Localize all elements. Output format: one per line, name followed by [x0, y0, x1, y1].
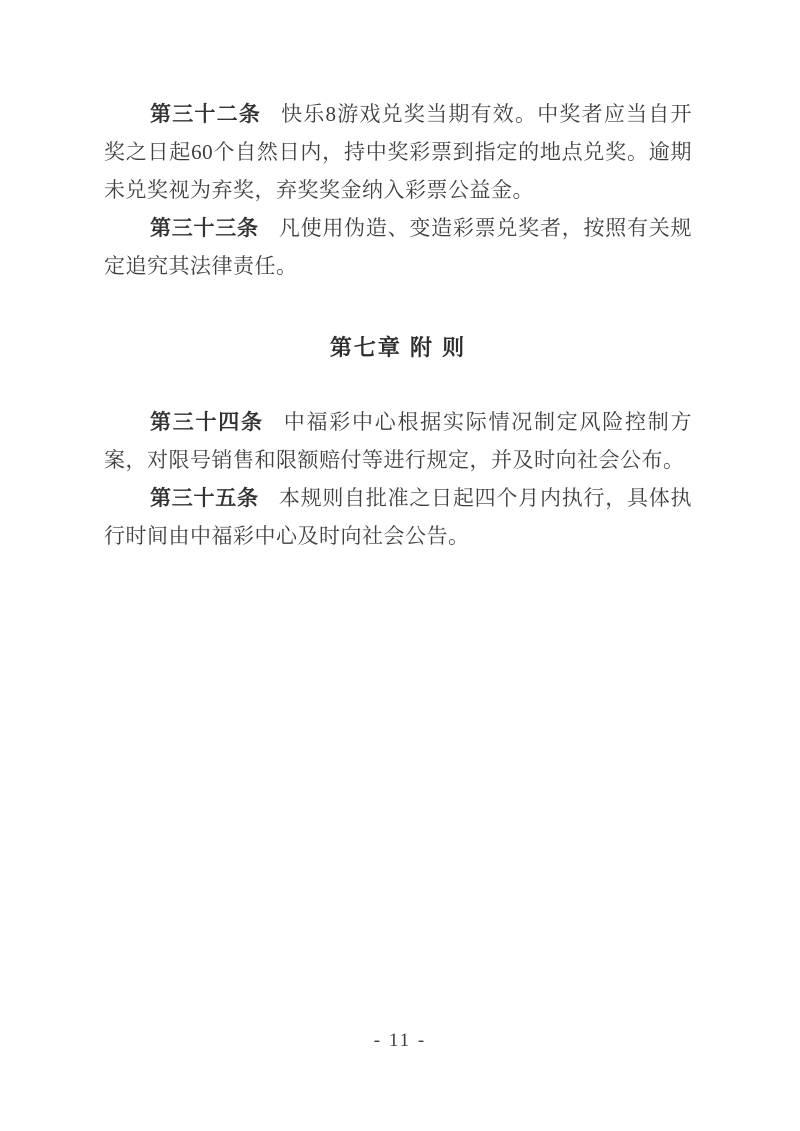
page-number: - 11 -: [0, 1030, 800, 1052]
article-paragraph: 第三十四条中福彩中心根据实际情况制定风险控制方案，对限号销售和限额赔付等进行规定…: [104, 403, 692, 479]
article-number: 第三十五条: [150, 486, 259, 510]
article-number: 第三十四条: [150, 410, 264, 434]
document-page: 第三十二条快乐8游戏兑奖当期有效。中奖者应当自开奖之日起60个自然日内，持中奖彩…: [0, 0, 800, 1131]
article-paragraph: 第三十三条凡使用伪造、变造彩票兑奖者，按照有关规定追究其法律责任。: [104, 209, 692, 285]
article-paragraph: 第三十五条本规则自批准之日起四个月内执行，具体执行时间由中福彩中心及时向社会公告…: [104, 479, 692, 555]
article-number: 第三十二条: [150, 102, 261, 126]
article-paragraph: 第三十二条快乐8游戏兑奖当期有效。中奖者应当自开奖之日起60个自然日内，持中奖彩…: [104, 95, 692, 209]
article-number: 第三十三条: [150, 216, 259, 240]
chapter-heading: 第七章 附 则: [104, 329, 692, 367]
document-body: 第三十二条快乐8游戏兑奖当期有效。中奖者应当自开奖之日起60个自然日内，持中奖彩…: [104, 95, 692, 555]
